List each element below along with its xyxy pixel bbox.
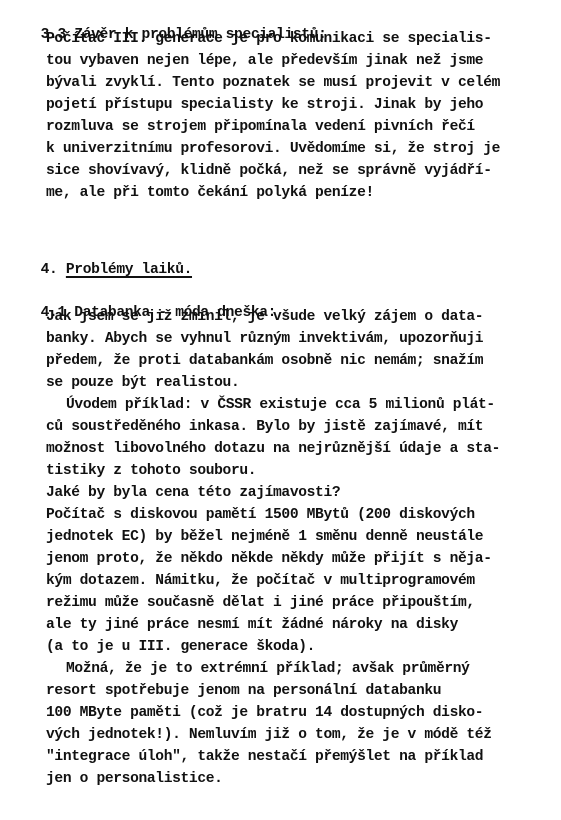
text-line: sice shovívavý, klidně počká, než se spr… bbox=[46, 162, 492, 180]
text-line: Jaké by byla cena této zajímavosti? bbox=[46, 484, 340, 502]
text-line: kým dotazem. Námitku, že počítač v multi… bbox=[46, 572, 475, 590]
text-line: ale ty jiné práce nesmí mít žádné nároky… bbox=[46, 616, 458, 634]
section-number: 4. bbox=[41, 262, 58, 278]
text-line: k univerzitnímu profesorovi. Uvědomíme s… bbox=[46, 140, 500, 158]
text-line: tou vybaven nejen lépe, ale především ji… bbox=[46, 52, 483, 70]
text-line: rozmluva se strojem připomínala vedení p… bbox=[46, 118, 475, 136]
text-line: me, ale při tomto čekání polyká peníze! bbox=[46, 184, 374, 202]
text-line: jednotek EC) by běžel nejméně 1 směnu de… bbox=[46, 528, 483, 546]
section-4-1-heading: 4.1 Databanka - móda dneška: bbox=[7, 286, 276, 304]
text-line: Možná, že je to extrémní příklad; avšak … bbox=[66, 660, 470, 678]
text-line: vých jednotek!). Nemluvím již o tom, že … bbox=[46, 726, 492, 744]
text-line: bývali zvyklí. Tento poznatek se musí pr… bbox=[46, 74, 500, 92]
text-line: (a to je u III. generace škoda). bbox=[46, 638, 315, 656]
text-line: se pouze být realistou. bbox=[46, 374, 239, 392]
text-line: možnost libovolného dotazu na nejrůznějš… bbox=[46, 440, 500, 458]
text-line: resort spotřebuje jenom na personální da… bbox=[46, 682, 441, 700]
typewritten-page: 3.3 Závěr k problémům specialistů: Počít… bbox=[0, 0, 561, 820]
text-line: ců soustředěného inkasa. Bylo by jistě z… bbox=[46, 418, 483, 436]
text-line: Jak jsem se již zmínil, je všude velký z… bbox=[46, 308, 483, 326]
text-line: 100 MByte paměti (což je bratru 14 dostu… bbox=[46, 704, 483, 722]
text-line: "integrace úloh", takže nestačí přemýšle… bbox=[46, 748, 483, 766]
text-line: jenom proto, že někdo někde někdy může p… bbox=[46, 550, 492, 568]
text-line: pojetí přístupu specialisty ke stroji. J… bbox=[46, 96, 483, 114]
text-line: Počítač III. generace je pro komunikaci … bbox=[46, 30, 492, 48]
text-line: režimu může současně dělat i jiné práce … bbox=[46, 594, 475, 612]
section-4-heading: 4. Problémy laiků. bbox=[7, 243, 192, 261]
text-line: Úvodem příklad: v ČSSR existuje cca 5 mi… bbox=[66, 396, 495, 414]
section-title: Problémy laiků. bbox=[66, 262, 192, 278]
text-line: předem, že proti databankám osobně nic n… bbox=[46, 352, 483, 370]
text-line: tistiky z tohoto souboru. bbox=[46, 462, 256, 480]
text-line: jen o personalistice. bbox=[46, 770, 223, 788]
text-line: Počítač s diskovou pamětí 1500 MBytů (20… bbox=[46, 506, 475, 524]
text-line: banky. Abych se vyhnul různým invektivám… bbox=[46, 330, 483, 348]
section-3-3-heading: 3.3 Závěr k problémům specialistů: bbox=[7, 8, 327, 26]
